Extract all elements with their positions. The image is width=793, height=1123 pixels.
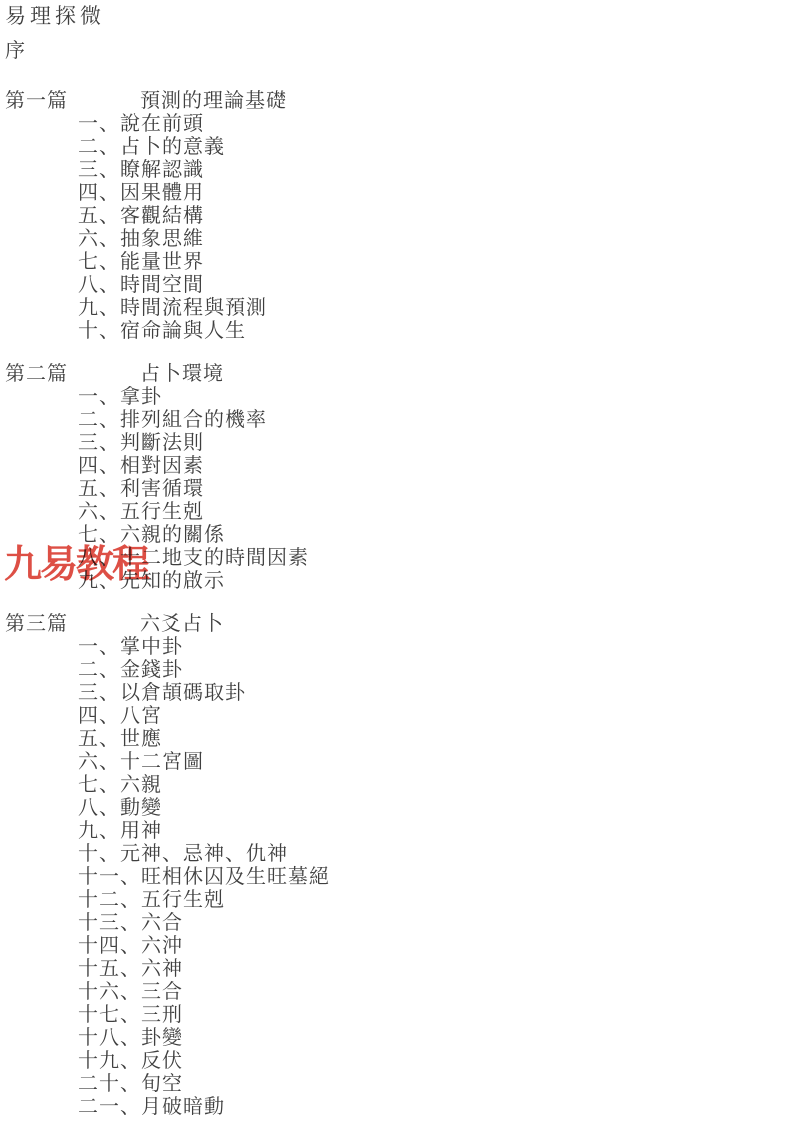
toc-item: 五、利害循環 bbox=[78, 478, 793, 501]
toc-item: 二、金錢卦 bbox=[78, 659, 793, 682]
toc-section: 第一篇 預測的理論基礎 一、說在前頭二、占卜的意義三、瞭解認識四、因果體用五、客… bbox=[5, 90, 793, 343]
section-items: 一、掌中卦二、金錢卦三、以倉頡碼取卦四、八宮五、世應六、十二宮圖七、六親八、動變… bbox=[5, 636, 793, 1119]
toc-item: 七、能量世界 bbox=[78, 251, 793, 274]
toc-item: 三、判斷法則 bbox=[78, 432, 793, 455]
toc-item: 九、時間流程與預測 bbox=[78, 297, 793, 320]
toc-item: 九、先知的啟示 bbox=[78, 570, 793, 593]
toc-item: 六、抽象思維 bbox=[78, 228, 793, 251]
preface-heading: 序 bbox=[5, 40, 793, 63]
toc-item: 四、因果體用 bbox=[78, 182, 793, 205]
toc-item: 二、占卜的意義 bbox=[78, 136, 793, 159]
toc-item: 十、元神、忌神、仇神 bbox=[78, 843, 793, 866]
toc-item: 十六、三合 bbox=[78, 981, 793, 1004]
toc-item: 五、客觀結構 bbox=[78, 205, 793, 228]
toc-item: 八、時間空間 bbox=[78, 274, 793, 297]
watermark-stamp: 九易教程 bbox=[4, 545, 148, 583]
toc-item: 一、掌中卦 bbox=[78, 636, 793, 659]
toc-item: 七、六親的關係 bbox=[78, 524, 793, 547]
section-items: 一、說在前頭二、占卜的意義三、瞭解認識四、因果體用五、客觀結構六、抽象思維七、能… bbox=[5, 113, 793, 343]
toc-item: 七、六親 bbox=[78, 774, 793, 797]
toc-item: 三、以倉頡碼取卦 bbox=[78, 682, 793, 705]
toc-item: 六、五行生剋 bbox=[78, 501, 793, 524]
section-label: 第二篇 bbox=[5, 363, 140, 386]
document-page: 易理探微 序 第一篇 預測的理論基礎 一、說在前頭二、占卜的意義三、瞭解認識四、… bbox=[0, 0, 793, 1123]
toc-item: 二、排列組合的機率 bbox=[78, 409, 793, 432]
toc-item: 十一、旺相休囚及生旺墓絕 bbox=[78, 866, 793, 889]
toc-item: 三、瞭解認識 bbox=[78, 159, 793, 182]
toc-section: 第三篇 六爻占卜 一、掌中卦二、金錢卦三、以倉頡碼取卦四、八宮五、世應六、十二宮… bbox=[5, 613, 793, 1119]
toc-item: 十七、三刑 bbox=[78, 1004, 793, 1027]
toc-item: 九、用神 bbox=[78, 820, 793, 843]
toc-item: 二一、月破暗動 bbox=[78, 1096, 793, 1119]
toc-item: 十四、六沖 bbox=[78, 935, 793, 958]
toc-item: 十二、五行生剋 bbox=[78, 889, 793, 912]
section-heading: 第一篇 預測的理論基礎 bbox=[5, 90, 793, 113]
toc-item: 八、十二地支的時間因素 bbox=[78, 547, 793, 570]
toc-sections: 第一篇 預測的理論基礎 一、說在前頭二、占卜的意義三、瞭解認識四、因果體用五、客… bbox=[5, 90, 793, 1119]
toc-item: 十八、卦變 bbox=[78, 1027, 793, 1050]
section-title: 占卜環境 bbox=[140, 363, 224, 386]
section-title: 六爻占卜 bbox=[140, 613, 224, 636]
document-title: 易理探微 bbox=[5, 5, 793, 28]
toc-item: 二十、旬空 bbox=[78, 1073, 793, 1096]
section-heading: 第二篇 占卜環境 bbox=[5, 363, 793, 386]
toc-item: 十、宿命論與人生 bbox=[78, 320, 793, 343]
toc-item: 八、動變 bbox=[78, 797, 793, 820]
section-label: 第一篇 bbox=[5, 90, 140, 113]
toc-item: 四、相對因素 bbox=[78, 455, 793, 478]
toc-item: 十三、六合 bbox=[78, 912, 793, 935]
toc-item: 四、八宮 bbox=[78, 705, 793, 728]
toc-item: 一、說在前頭 bbox=[78, 113, 793, 136]
section-heading: 第三篇 六爻占卜 bbox=[5, 613, 793, 636]
toc-item: 一、拿卦 bbox=[78, 386, 793, 409]
section-label: 第三篇 bbox=[5, 613, 140, 636]
toc-item: 十九、反伏 bbox=[78, 1050, 793, 1073]
toc-item: 五、世應 bbox=[78, 728, 793, 751]
section-title: 預測的理論基礎 bbox=[140, 90, 287, 113]
toc-item: 十五、六神 bbox=[78, 958, 793, 981]
toc-item: 六、十二宮圖 bbox=[78, 751, 793, 774]
